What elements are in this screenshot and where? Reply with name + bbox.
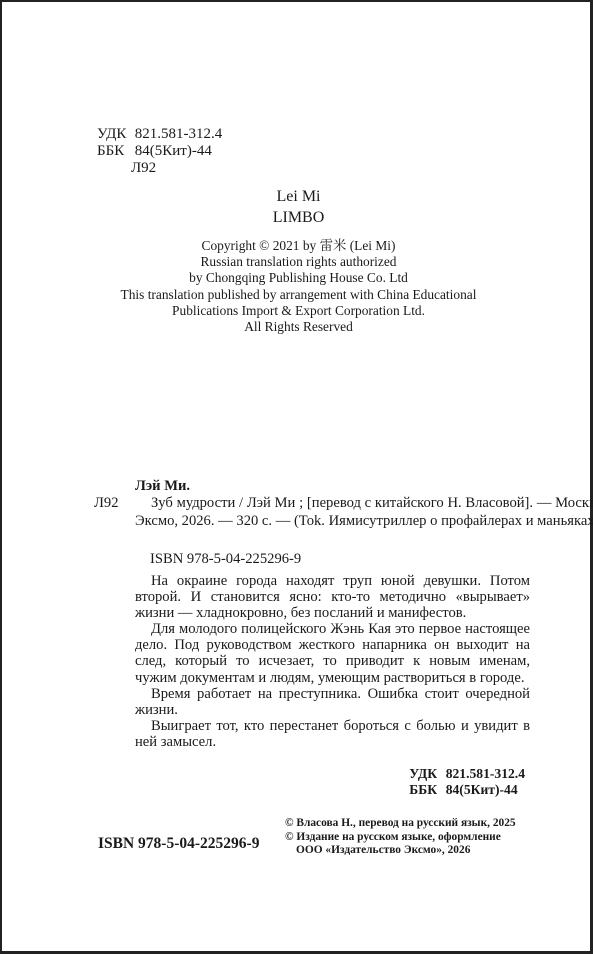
page-frame: УДК 821.581-312.4 ББК 84(5Кит)-44 Л92 Le… [0,0,593,954]
classification-codes-top: УДК 821.581-312.4 ББК 84(5Кит)-44 Л92 [97,126,222,177]
udk-label: УДК [409,766,442,782]
copyright-line: Publications Import & Export Corporation… [2,303,593,319]
bbk-row-bottom: ББК 84(5Кит)-44 [409,782,525,798]
classification-codes-bottom: УДК 821.581-312.4 ББК 84(5Кит)-44 [409,766,525,798]
bbk-value: 84(5Кит)-44 [446,782,518,797]
edition-copyright: © Издание на русском языке, оформление [285,831,516,845]
russian-copyrights: © Власова Н., перевод на русский язык, 2… [285,817,516,858]
copyright-line: All Rights Reserved [2,319,593,335]
translation-copyright: © Власова Н., перевод на русский язык, 2… [285,817,516,831]
annotation-paragraph: На окраине города находят труп юной деву… [135,573,530,621]
isbn-bottom: ISBN 978-5-04-225296-9 [98,835,259,853]
cutter-code: Л92 [97,160,222,177]
bbk-row: ББК 84(5Кит)-44 [97,143,222,160]
bbk-label: ББК [97,143,131,160]
annotation-paragraph: Для молодого полицейского Жэнь Кая это п… [135,621,530,685]
record-description: Зуб мудрости / Лэй Ми ; [перевод с китай… [135,495,593,530]
publisher-copyright: ООО «Издательство Эксмо», 2026 [285,844,516,858]
udk-value: 821.581-312.4 [446,766,525,781]
original-author: Lei Mi [2,187,593,207]
record-cutter: Л92 [94,495,119,513]
udk-row-bottom: УДК 821.581-312.4 [409,766,525,782]
copyright-line: Russian translation rights authorized [2,254,593,270]
copyright-notice: Copyright © 2021 by 雷米 (Lei Mi) Russian … [2,238,593,335]
bbk-value: 84(5Кит)-44 [135,143,212,159]
copyright-line: This translation published by arrangemen… [2,287,593,303]
annotation: На окраине города находят труп юной деву… [135,573,530,750]
original-title: LIMBO [2,208,593,228]
udk-row: УДК 821.581-312.4 [97,126,222,143]
annotation-paragraph: Выиграет тот, кто перестанет бороться с … [135,718,530,750]
udk-value: 821.581-312.4 [135,126,223,142]
annotation-paragraph: Время работает на преступника. Ошибка ст… [135,686,530,718]
copyright-line: Copyright © 2021 by 雷米 (Lei Mi) [2,238,593,254]
copyright-line: by Chongqing Publishing House Co. Ltd [2,270,593,286]
udk-label: УДК [97,126,131,143]
bbk-label: ББК [409,782,442,798]
record-author: Лэй Ми. [135,478,190,496]
record-isbn: ISBN 978-5-04-225296-9 [150,551,301,569]
